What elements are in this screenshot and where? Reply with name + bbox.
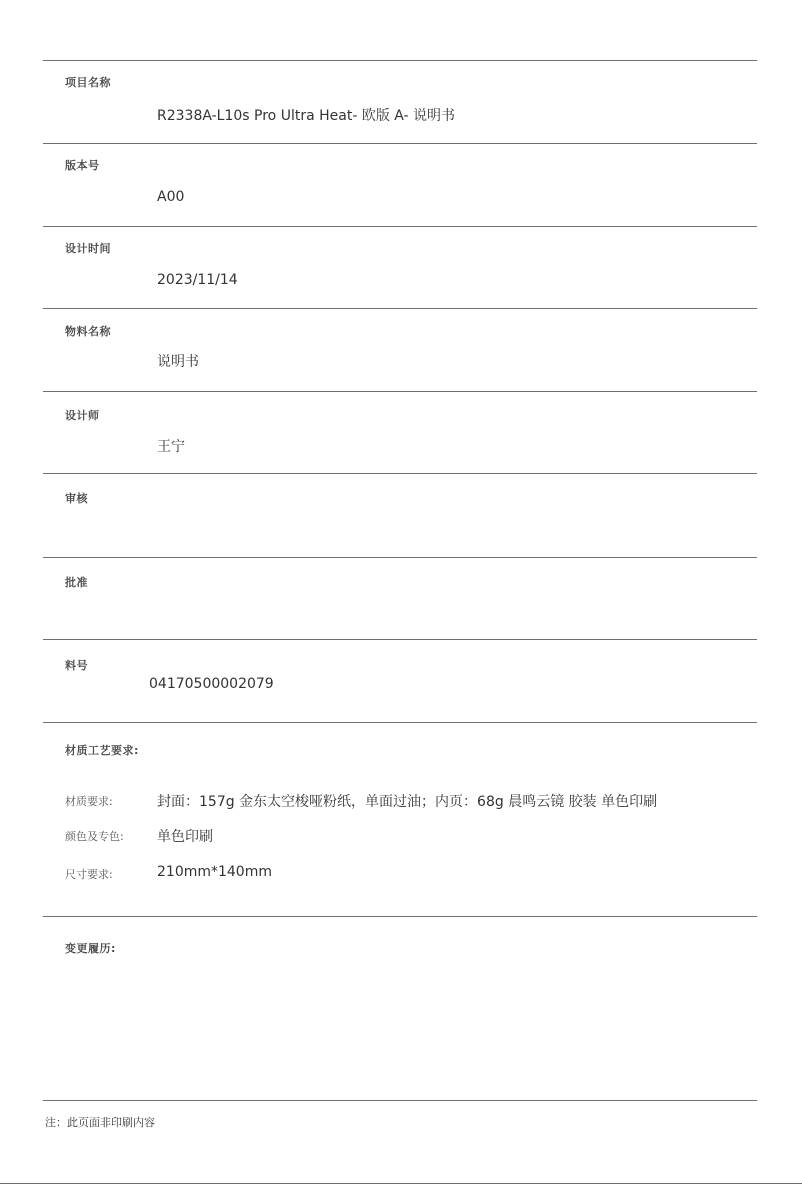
material-name-value: 说明书: [157, 351, 199, 371]
approval-label: 批准: [65, 574, 88, 590]
designer-label: 设计师: [65, 407, 100, 423]
color-label: 颜色及专色:: [65, 828, 124, 844]
project-name-value: R2338A-L10s Pro Ultra Heat- 欧版 A- 说明书: [157, 105, 455, 125]
material-requirement-label: 材质要求:: [65, 793, 113, 809]
divider: [43, 916, 757, 917]
material-section-title: 材质工艺要求:: [65, 742, 139, 758]
version-label: 版本号: [65, 157, 100, 173]
divider: [43, 639, 757, 640]
designer-value: 王宁: [157, 436, 185, 456]
divider: [43, 722, 757, 723]
footer-note: 注：此页面非印刷内容: [45, 1114, 155, 1130]
review-label: 审核: [65, 490, 88, 506]
divider: [43, 557, 757, 558]
version-value: A00: [157, 189, 184, 205]
design-date-value: 2023/11/14: [157, 272, 238, 288]
change-history-title: 变更履历:: [65, 940, 116, 956]
part-number-value: 04170500002079: [149, 676, 274, 692]
divider: [43, 226, 757, 227]
material-name-label: 物料名称: [65, 323, 111, 339]
part-number-label: 料号: [65, 657, 88, 673]
material-requirement-value: 封面：157g 金东太空梭哑粉纸，单面过油；内页：68g 晨鸣云镜 胶装 单色印…: [157, 791, 657, 811]
color-value: 单色印刷: [157, 826, 213, 846]
divider: [43, 1100, 757, 1101]
divider: [43, 391, 757, 392]
size-value: 210mm*140mm: [157, 864, 272, 880]
divider: [43, 308, 757, 309]
divider: [43, 60, 757, 61]
project-name-label: 项目名称: [65, 74, 111, 90]
divider: [43, 473, 757, 474]
design-date-label: 设计时间: [65, 240, 111, 256]
page-bottom-border: [0, 1183, 802, 1184]
size-label: 尺寸要求:: [65, 866, 113, 882]
divider: [43, 143, 757, 144]
